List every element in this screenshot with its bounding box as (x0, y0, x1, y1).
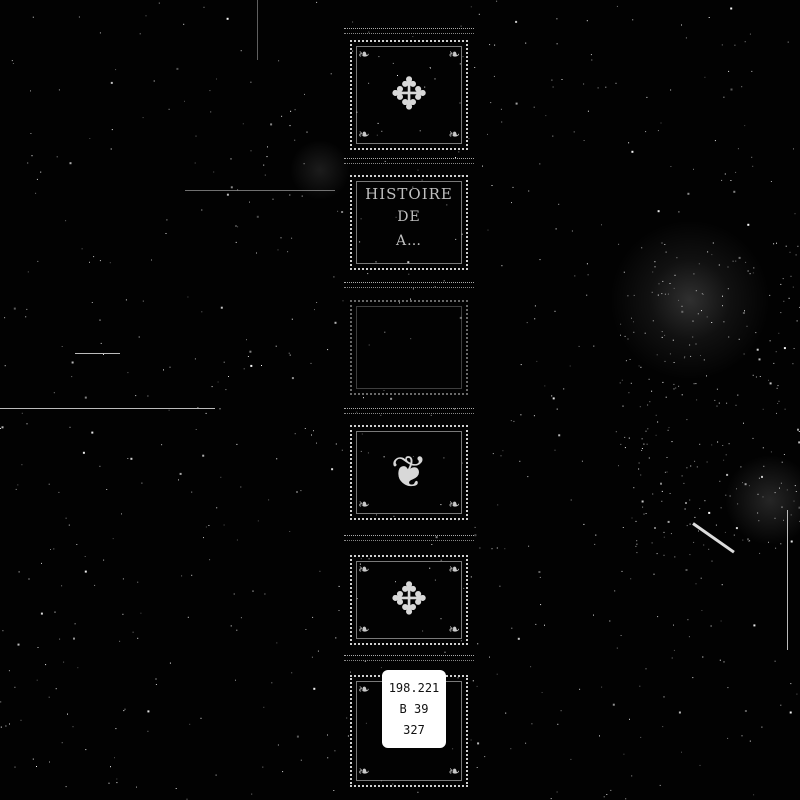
title-line: DE (352, 209, 466, 225)
edge-line (257, 0, 258, 60)
spine-band (344, 28, 474, 34)
corner-flourish-icon: ❧ (358, 683, 370, 697)
fleuron-icon: ✥ (391, 73, 428, 117)
spine-panel-middle: ❧ ❧ ❦ (350, 425, 468, 520)
spine-band (344, 408, 474, 414)
corner-flourish-icon: ❧ (358, 128, 370, 142)
corner-flourish-icon: ❧ (358, 563, 370, 577)
corner-flourish-icon: ❧ (358, 48, 370, 62)
corner-flourish-icon: ❧ (358, 498, 370, 512)
call-number-item: 327 (403, 723, 425, 737)
fleuron-icon: ❦ (391, 451, 428, 495)
corner-flourish-icon: ❧ (448, 765, 460, 779)
corner-flourish-icon: ❧ (448, 563, 460, 577)
corner-flourish-icon: ❧ (358, 623, 370, 637)
corner-flourish-icon: ❧ (448, 128, 460, 142)
shelf-label: 198.221 B 39 327 (382, 670, 446, 748)
spine-band (344, 158, 474, 164)
corner-flourish-icon: ❧ (448, 48, 460, 62)
spine-panel-lower: ❧ ❧ ❧ ❧ ✥ (350, 555, 468, 645)
fleuron-icon: ✥ (391, 578, 428, 622)
spine-band (344, 655, 474, 661)
edge-line (787, 510, 788, 650)
title-line: A… (352, 233, 466, 249)
scratch-mark (75, 353, 120, 354)
call-number-class: 198.221 (389, 681, 440, 695)
spine-band (344, 535, 474, 541)
corner-flourish-icon: ❧ (358, 765, 370, 779)
call-number-cutter: B 39 (400, 702, 429, 716)
scratch-mark (185, 190, 335, 191)
corner-flourish-icon: ❧ (448, 623, 460, 637)
title-line: HISTOIRE (352, 185, 466, 203)
book-spine: ❧ ❧ ❧ ❧ ✥ HISTOIRE DE A… ❧ ❧ ❦ ❧ ❧ ❧ ❧ ✥… (338, 0, 480, 800)
spine-title-panel: HISTOIRE DE A… (350, 175, 468, 270)
corner-flourish-icon: ❧ (448, 498, 460, 512)
fold-line (0, 408, 215, 409)
spine-panel-top: ❧ ❧ ❧ ❧ ✥ (350, 40, 468, 150)
spine-band (344, 282, 474, 288)
spine-panel-worn (350, 300, 468, 395)
